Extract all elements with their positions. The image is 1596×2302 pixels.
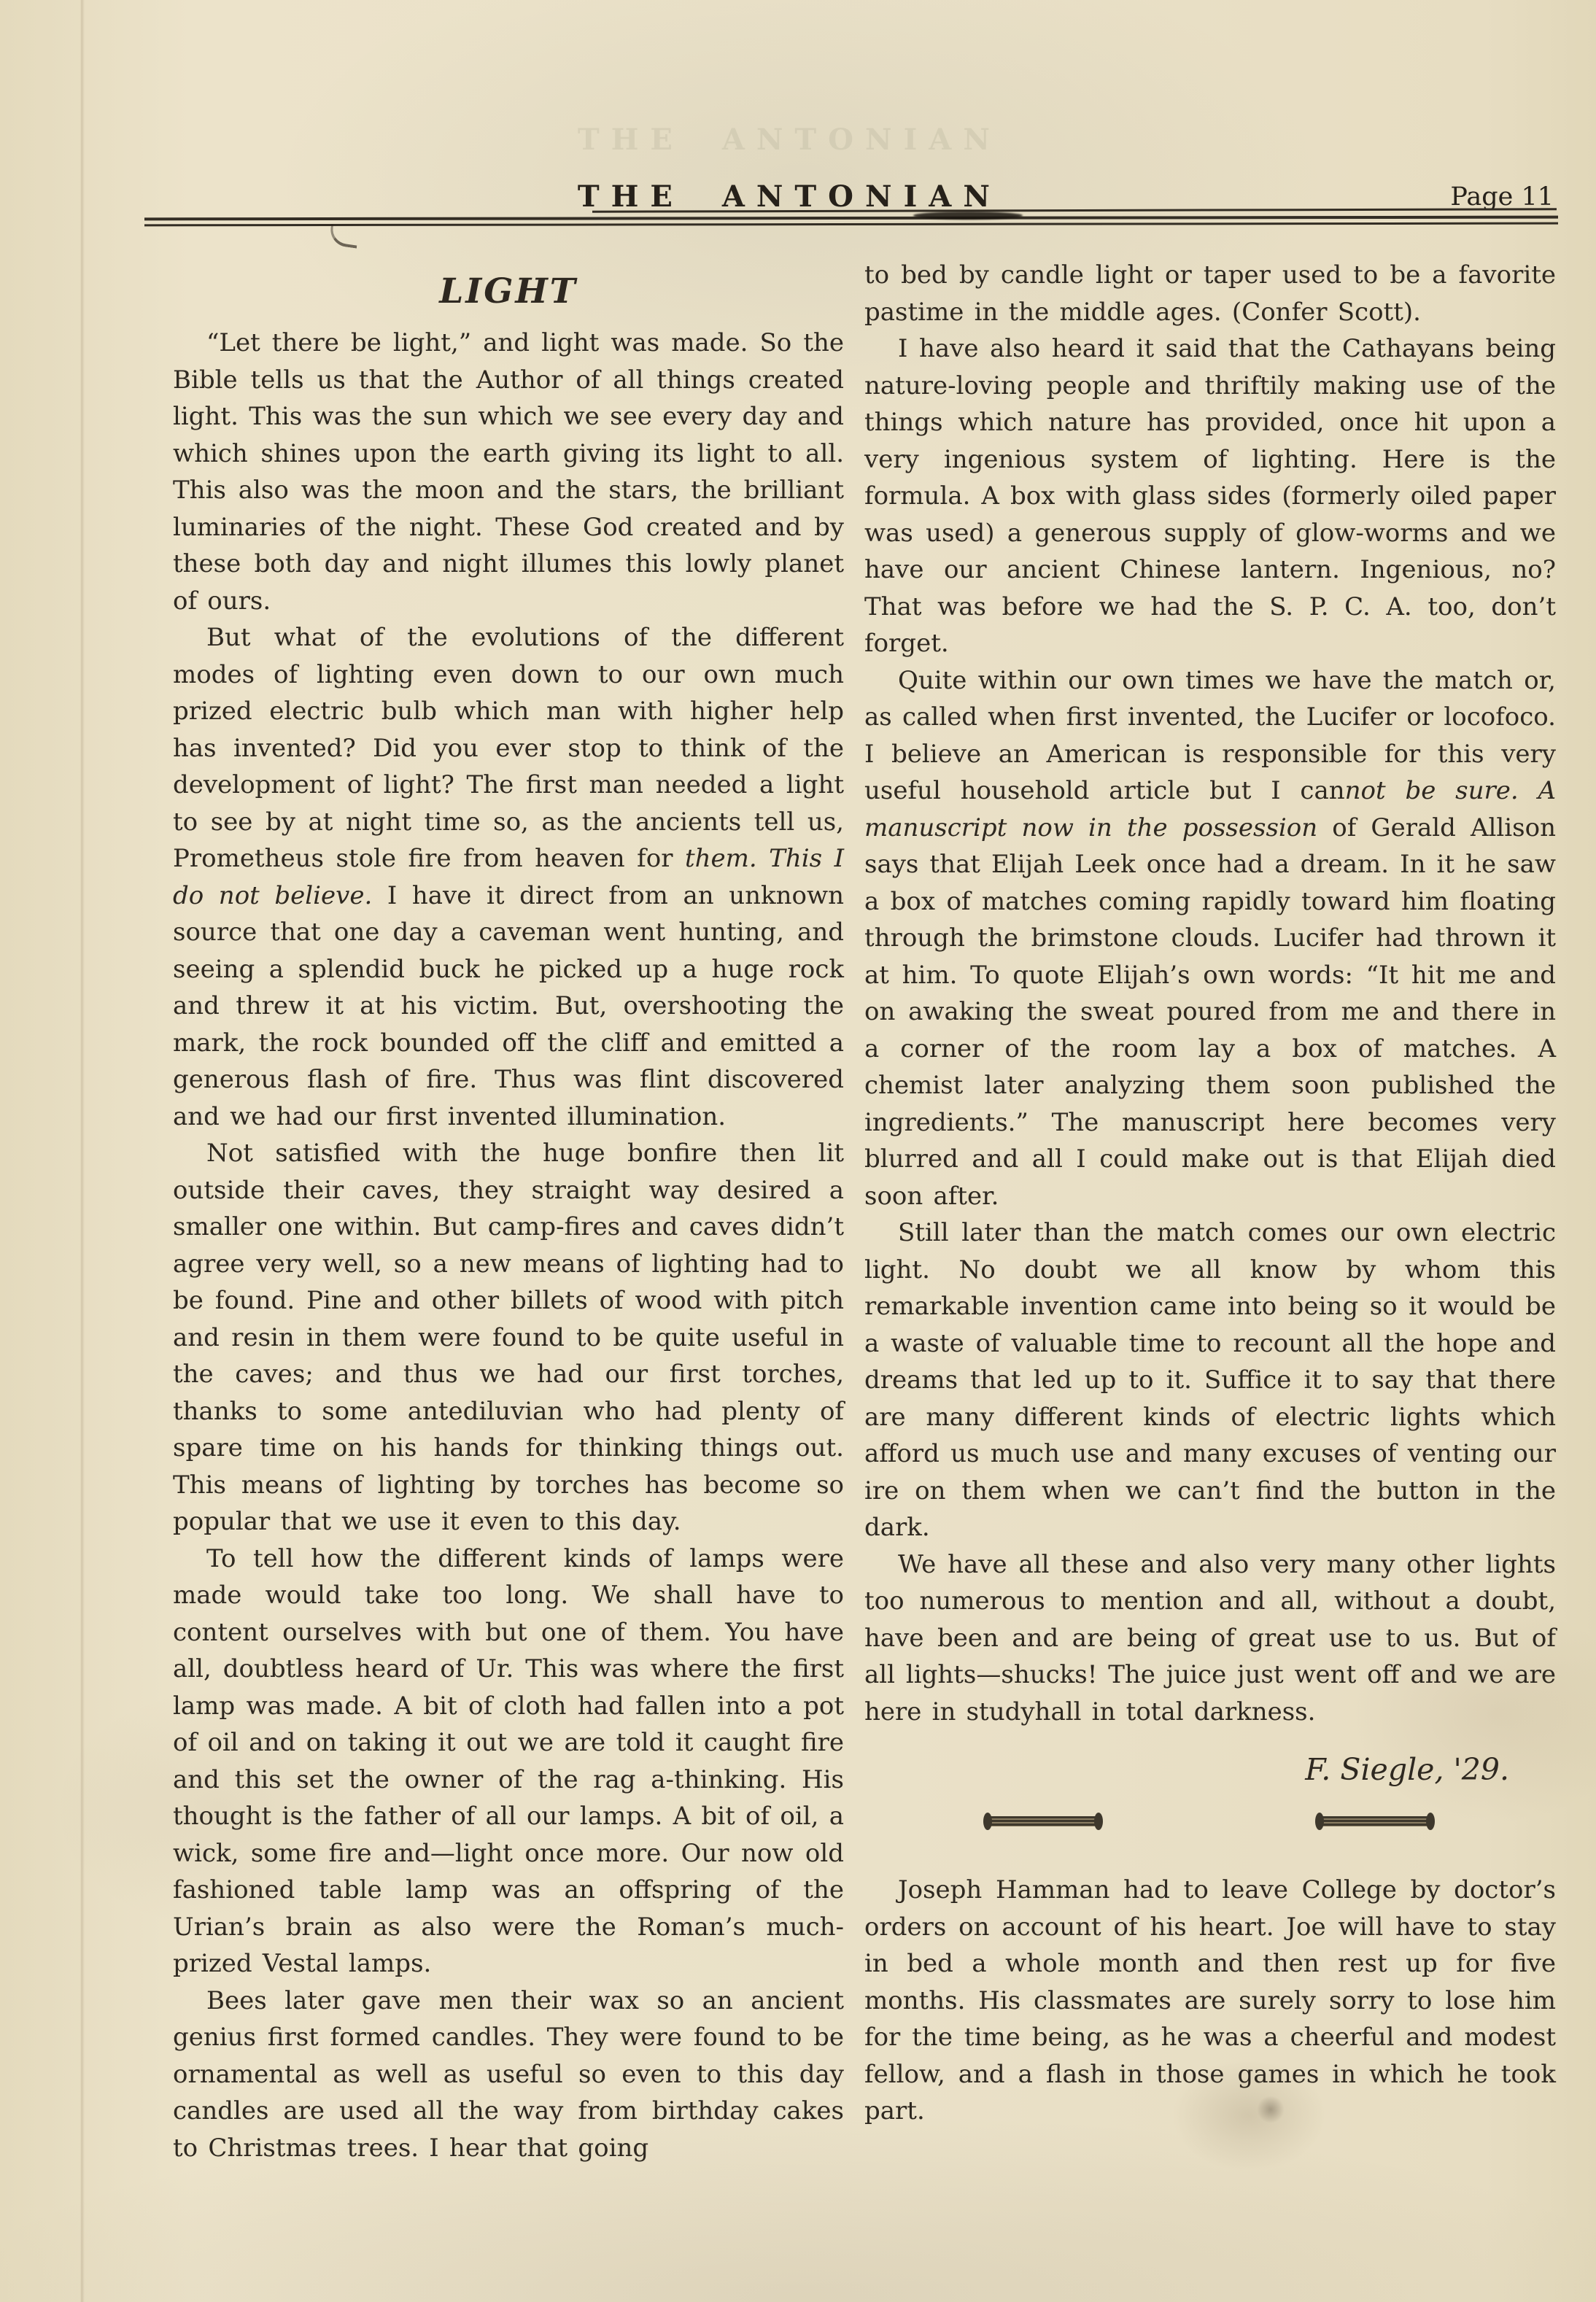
masthead-title: THE ANTONIAN <box>578 179 1002 214</box>
text-run: But what of the evolutions of the differ… <box>173 623 844 873</box>
text-run: to bed by candle light or taper used to … <box>864 260 1556 327</box>
text-run: Joseph Hamman had to leave College by do… <box>864 1875 1556 2125</box>
printing-flaw-swirl <box>328 224 360 248</box>
text-run: “Let there be light,” and light was made… <box>173 328 844 616</box>
header-rule-double-bottom <box>144 222 1558 227</box>
left-column: LIGHT “Let there be light,” and light wa… <box>173 271 844 2166</box>
scanned-page: THE ANTONIAN THE ANTONIAN Page 11 LIGHT … <box>0 0 1596 2302</box>
text-run: of Gerald Allison says that Elijah Leek … <box>864 813 1556 1211</box>
right-column-text: to bed by candle light or taper used to … <box>864 257 1556 1730</box>
paragraph: Not satisfied with the huge bonfire then… <box>173 1135 844 1541</box>
header-rule-double-top <box>144 216 1558 221</box>
paragraph: I have also heard it said that the Catha… <box>864 330 1556 662</box>
postscript-text: Joseph Hamman had to leave College by do… <box>864 1872 1556 2130</box>
masthead-ghost-bleed: THE ANTONIAN <box>578 123 1002 157</box>
paragraph: “Let there be light,” and light was made… <box>173 325 844 619</box>
paragraph: Bees later gave men their wax so an anci… <box>173 1983 844 2167</box>
ink-blot <box>913 212 1023 220</box>
divider-ornament <box>1320 1816 1430 1826</box>
text-run: I have also heard it said that the Catha… <box>864 334 1556 658</box>
paragraph: Joseph Hamman had to leave College by do… <box>864 1872 1556 2130</box>
text-run: I have it direct from an unknown source … <box>173 881 844 1131</box>
paragraph: Quite within our own times we have the m… <box>864 662 1556 1215</box>
paragraph: To tell how the different kinds of lamps… <box>173 1541 844 1983</box>
divider-ornament <box>988 1816 1098 1826</box>
text-run: Still later than the match comes our own… <box>864 1218 1556 1542</box>
article-title: LIGHT <box>173 271 844 311</box>
paragraph: But what of the evolutions of the differ… <box>173 619 844 1135</box>
text-run: To tell how the different kinds of lamps… <box>173 1544 844 1979</box>
text-run: We have all these and also very many oth… <box>864 1550 1556 1726</box>
text-run: Not satisfied with the huge bonfire then… <box>173 1139 844 1536</box>
author-signature: F. Siegle, '29. <box>864 1751 1556 1788</box>
left-column-text: “Let there be light,” and light was made… <box>173 325 844 2166</box>
paragraph: We have all these and also very many oth… <box>864 1546 1556 1731</box>
page-number-label: Page 11 <box>1450 182 1554 212</box>
paragraph: Still later than the match comes our own… <box>864 1214 1556 1546</box>
paragraph: to bed by candle light or taper used to … <box>864 257 1556 330</box>
divider-row <box>864 1816 1556 1826</box>
text-run: Bees later gave men their wax so an anci… <box>173 1986 844 2163</box>
right-column: to bed by candle light or taper used to … <box>864 257 1556 2130</box>
